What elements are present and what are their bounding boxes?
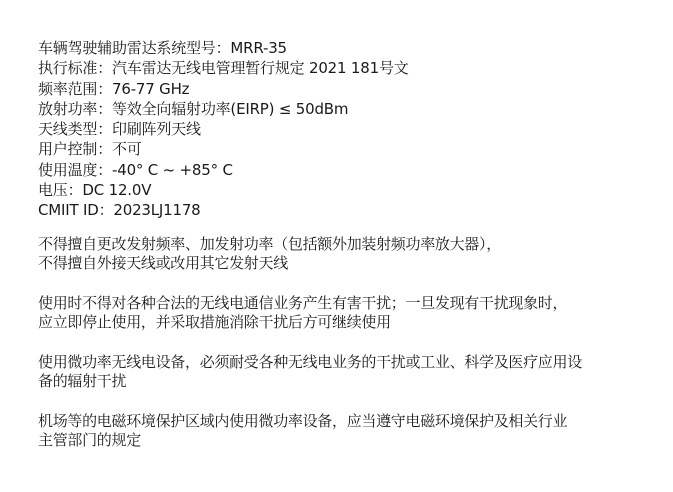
spec-label: 电压 xyxy=(38,181,68,199)
notice-line: 应立即停止使用，并采取措施消除干扰后方可继续使用 xyxy=(38,313,658,332)
spec-label: 频率范围 xyxy=(38,80,97,98)
spec-antenna-type: 天线类型：印刷阵列天线 xyxy=(38,119,658,139)
spec-transmit-power: 放射功率：等效全向辐射功率(EIRP) ≤ 50dBm xyxy=(38,99,658,119)
notice-airport-restrictions: 机场等的电磁环境保护区域内使用微功率设备，应当遵守电磁环境保护及相关行业 主管部… xyxy=(38,412,658,450)
spec-separator: ： xyxy=(97,140,112,158)
spec-user-control: 用户控制：不可 xyxy=(38,139,658,159)
spec-value: 2023LJ1178 xyxy=(113,201,200,219)
spec-label: 执行标准 xyxy=(38,59,97,77)
spec-value: DC 12.0V xyxy=(82,181,151,199)
spec-standard: 执行标准：汽车雷达无线电管理暂行规定 2021 181号文 xyxy=(38,58,658,78)
notice-line: 使用微功率无线电设备，必须耐受各种无线电业务的干扰或工业、科学及医疗应用设 xyxy=(38,353,658,372)
spec-value: MRR-35 xyxy=(230,39,286,57)
spec-separator: ： xyxy=(99,201,114,219)
spec-separator: ： xyxy=(97,120,112,138)
notice-line: 不得擅自更改发射频率、加发射功率（包括额外加装射频功率放大器）， xyxy=(38,235,658,254)
notice-no-modification: 不得擅自更改发射频率、加发射功率（包括额外加装射频功率放大器）， 不得擅自外接天… xyxy=(38,235,658,273)
spec-value: 不可 xyxy=(112,140,142,158)
spec-label: 用户控制 xyxy=(38,140,97,158)
spec-value: -40° C ~ +85° C xyxy=(112,161,233,179)
spec-value: 等效全向辐射功率(EIRP) ≤ 50dBm xyxy=(112,100,348,118)
spec-radar-model: 车辆驾驶辅助雷达系统型号：MRR-35 xyxy=(38,38,658,58)
spec-label: 放射功率 xyxy=(38,100,97,118)
spec-label: 车辆驾驶辅助雷达系统型号 xyxy=(38,39,216,57)
spec-separator: ： xyxy=(68,181,83,199)
spec-label: 天线类型 xyxy=(38,120,97,138)
spec-separator: ： xyxy=(97,161,112,179)
spec-value: 印刷阵列天线 xyxy=(112,120,201,138)
compliance-label-document: 车辆驾驶辅助雷达系统型号：MRR-35 执行标准：汽车雷达无线电管理暂行规定 2… xyxy=(38,38,658,450)
notice-line: 使用时不得对各种合法的无线电通信业务产生有害干扰；一旦发现有干扰现象时， xyxy=(38,294,658,313)
notice-line: 机场等的电磁环境保护区域内使用微功率设备，应当遵守电磁环境保护及相关行业 xyxy=(38,412,658,431)
spec-frequency-range: 频率范围：76-77 GHz xyxy=(38,79,658,99)
notice-tolerate-interference: 使用微功率无线电设备，必须耐受各种无线电业务的干扰或工业、科学及医疗应用设 备的… xyxy=(38,353,658,391)
spec-list: 车辆驾驶辅助雷达系统型号：MRR-35 执行标准：汽车雷达无线电管理暂行规定 2… xyxy=(38,38,658,221)
notice-no-interference: 使用时不得对各种合法的无线电通信业务产生有害干扰；一旦发现有干扰现象时， 应立即… xyxy=(38,294,658,332)
notice-line: 备的辐射干扰 xyxy=(38,372,658,391)
spec-separator: ： xyxy=(216,39,231,57)
spec-label: 使用温度 xyxy=(38,161,97,179)
spec-label: CMIIT ID xyxy=(38,201,99,219)
spec-separator: ： xyxy=(97,59,112,77)
spec-separator: ： xyxy=(97,80,112,98)
spec-operating-temperature: 使用温度：-40° C ~ +85° C xyxy=(38,160,658,180)
spec-voltage: 电压：DC 12.0V xyxy=(38,180,658,200)
notice-line: 主管部门的规定 xyxy=(38,431,658,450)
notice-line: 不得擅自外接天线或改用其它发射天线 xyxy=(38,254,658,273)
spec-value: 76-77 GHz xyxy=(112,80,189,98)
spec-value: 汽车雷达无线电管理暂行规定 2021 181号文 xyxy=(112,59,409,77)
spec-cmiit-id: CMIIT ID：2023LJ1178 xyxy=(38,200,658,220)
spec-separator: ： xyxy=(97,100,112,118)
